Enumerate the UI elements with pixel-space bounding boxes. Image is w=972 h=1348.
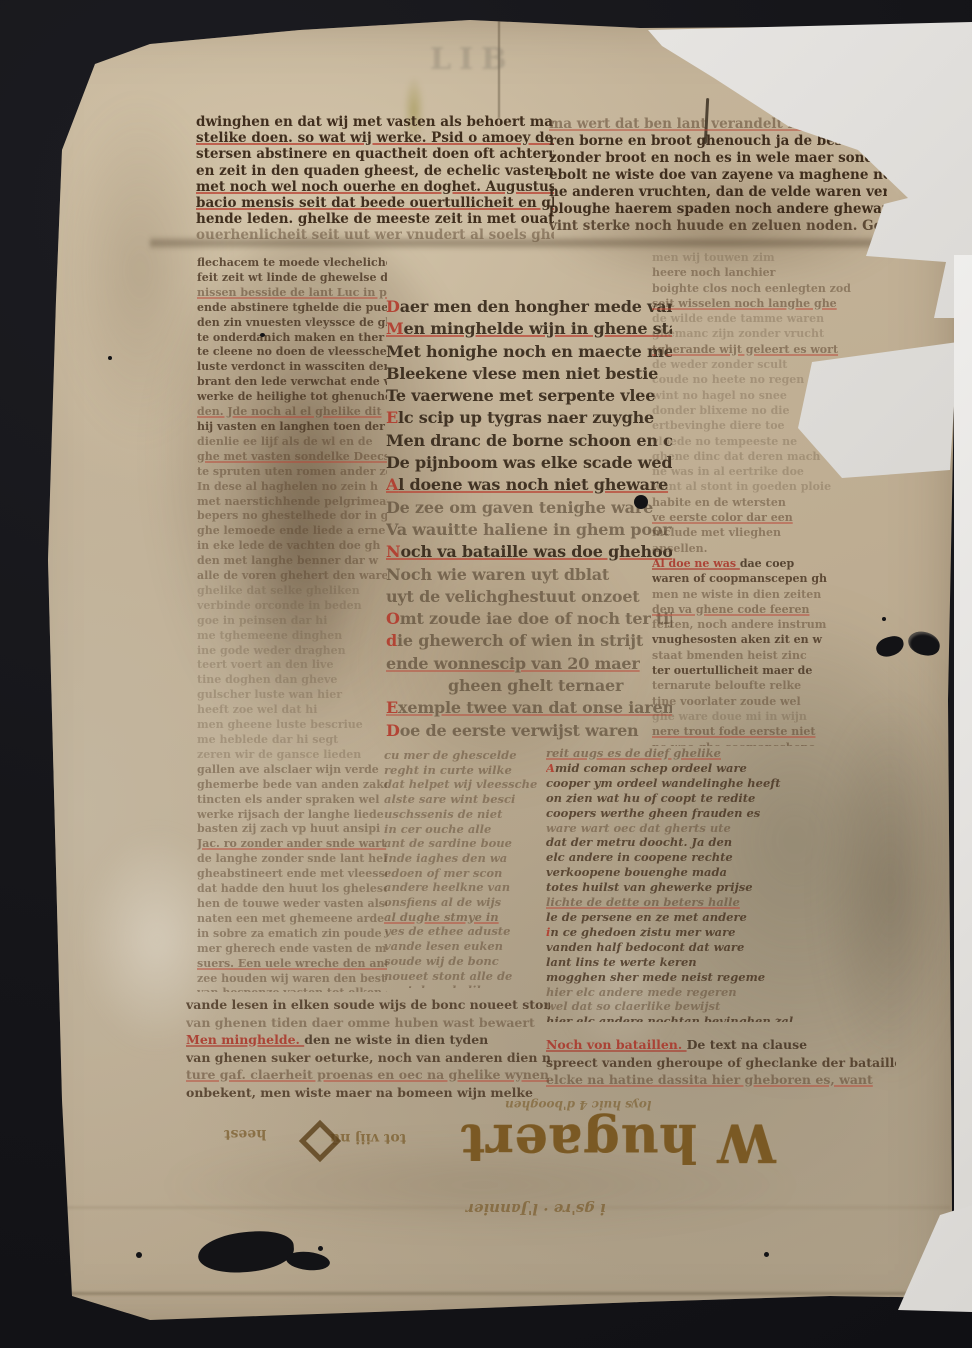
manuscript-line: ne was in al eertrike doe (652, 464, 890, 479)
manuscript-line: werke de heilighe tot ghenuche (197, 390, 387, 405)
text-column-right-lower: reit augs es de dief ghelikeAmid coman s… (546, 746, 892, 1022)
manuscript-line: vande lesen euken (384, 939, 552, 954)
manuscript-line: in sobre za ematich zin poude vant (197, 927, 387, 942)
manuscript-line: feit zeit wt linde de ghewelse die ni (197, 271, 387, 286)
manuscript-line: bacio mensis seit dat beede ouertulliche… (196, 195, 554, 211)
manuscript-line: alste sare wint besci (384, 792, 552, 807)
manuscript-line: van hespenze vasten tot elken daghe (197, 986, 387, 992)
manuscript-line: wel dat so claerlike bewijst (546, 999, 892, 1014)
manuscript-line: ne wae ghe coomanschepe (652, 740, 890, 747)
crease-horizontal (150, 236, 890, 250)
manuscript-line: te cleene no doen de vleesschelike (197, 345, 387, 360)
manuscript-line: mclude met vlieghen (652, 525, 890, 540)
manuscript-line: ansellen. (652, 541, 890, 556)
manuscript-line: ebolt ne wiste doe van zayene va maghene… (549, 167, 887, 184)
manuscript-line: Men minghelde wijn in ghene stat (386, 318, 672, 340)
text-column-center-verse: Daer men den hongher mede vantMen minghe… (386, 296, 672, 746)
manuscript-line: vanden half bedocont dat ware (546, 940, 892, 955)
manuscript-line: gheen ghelt ternaer (386, 675, 672, 697)
manuscript-line: reght in curte wilke (384, 763, 552, 778)
stain (560, 900, 680, 1060)
parchment-sheet: LIB dwinghen en dat wij met vasten als b… (0, 0, 972, 1348)
manuscript-line: spreect vanden gheroupe of gheclanke der… (546, 1054, 896, 1072)
stain (170, 1140, 790, 1230)
stain (360, 520, 640, 800)
manuscript-line: lant lins te werte keren (546, 955, 892, 970)
manuscript-line: ma wert dat ben lant verandelt in den ee… (549, 116, 887, 133)
manuscript-line: flechacem te moede vlecheliche p (197, 256, 387, 271)
manuscript-line: met naerstichhende pelgrimear (197, 495, 387, 510)
manuscript-line: Men dranc de borne schoon en claer (386, 430, 672, 452)
manuscript-line: Met honighe noch en maecte men (386, 341, 672, 363)
manuscript-line: dat hadde den huut los gheleset (197, 882, 387, 897)
manuscript-line: den zin vnuesten vleyssce de ghees (197, 316, 387, 331)
manuscript-line: mer gherech ende vasten de meer (197, 942, 387, 957)
stain (82, 830, 232, 1050)
manuscript-line: tine voorlater zoude wel (652, 694, 890, 709)
manuscript-line: me tghemeene dinghen (197, 629, 387, 644)
manuscript-line: Bleekene vlese men niet bestie (386, 363, 672, 385)
stain (820, 700, 960, 1080)
manuscript-line: hier elc andere mede regeren (546, 985, 892, 1000)
manuscript-line: Men minghelde. den ne wiste in dien tyde… (186, 1031, 550, 1049)
manuscript-line: Daer men den hongher mede vant (386, 296, 672, 318)
manuscript-line: zee houden wij waren den besten (197, 972, 387, 987)
manuscript-line: de langhe zonder snde lant helpet (197, 852, 387, 867)
pen-trial-stroke (704, 98, 709, 144)
manuscript-line: hier elc andere nochtan bevinghen zal. (546, 1014, 892, 1022)
manuscript-line: le de persene en ze met andere (546, 910, 892, 925)
manuscript-line: onbekent, men wiste maer na bomeen wijn … (186, 1084, 550, 1102)
manuscript-line: men ne wiste in dien zeiten (652, 587, 890, 602)
text-column-center-small: cu mer de ghesceldereght in curte wilked… (384, 748, 552, 988)
manuscript-line: verbinde orconde in beden (197, 599, 387, 614)
manuscript-line: cu mer de ghescelde (384, 748, 552, 763)
manuscript-line: tine doghen dan gheve (197, 673, 387, 688)
text-column-top-right: ma wert dat ben lant verandelt in den ee… (549, 116, 887, 244)
fold-line (70, 1292, 950, 1295)
manuscript-line: tincten els ander spraken wel (197, 793, 387, 808)
manuscript-line: cooper ym ordeel wandelinghe heeft (546, 776, 892, 791)
manuscript-line: ghelike dat selke gheliken (197, 584, 387, 599)
manuscript-line: inde iaghes den wa (384, 851, 552, 866)
manuscript-line: den va ghene code feeren (652, 602, 890, 617)
manuscript-line: De pijnboom was elke scade wedaer (386, 452, 672, 474)
manuscript-line: gallen ave alsclaer wijn verde (197, 763, 387, 778)
manuscript-line: me heblede dar hi segt (197, 733, 387, 748)
manuscript-line: goe in peinsen dar hi (197, 614, 387, 629)
manuscript-line: nere trout fode eerste niet (652, 724, 890, 739)
manuscript-line: on zien wat hu of coopt te redite (546, 791, 892, 806)
manuscript-line: hende leden. ghelke de meeste zeit in me… (196, 211, 554, 227)
manuscript-line: soude wij de bonc (384, 954, 552, 969)
fold-line (60, 1206, 950, 1209)
stain (404, 78, 424, 142)
diamond-mark (299, 1120, 341, 1162)
manuscript-line: stelike doen. so wat wij werke. Psid o a… (196, 130, 554, 146)
manuscript-line: onsfiens al de wijs (384, 895, 552, 910)
manuscript-line: elc andere in coopene rechte (546, 850, 892, 865)
manuscript-line: al dughe stmye in (384, 910, 552, 925)
manuscript-line: habite en de wtersten (652, 495, 890, 510)
manuscript-line: ve eerste color dar een (652, 510, 890, 525)
manuscript-line: ploughe haerem spaden noch andere ghewan… (549, 201, 887, 218)
manuscript-line: seit wisselen noch langhe ghe (652, 296, 890, 311)
stain (610, 600, 972, 1080)
manuscript-line: brant den lede verwchat ende ver (197, 375, 387, 390)
manuscript-line: ine gode weder draghen (197, 644, 387, 659)
manuscript-line: lichte de dette on beters halle (546, 895, 892, 910)
manuscript-photo: LIB dwinghen en dat wij met vasten als b… (0, 0, 972, 1348)
manuscript-line: Al doe ne was dae coep (652, 556, 890, 571)
manuscript-line: donder blixeme no die (652, 403, 890, 418)
manuscript-line: ghe ware doue mi in wijn (652, 709, 890, 724)
manuscript-line: elcke na hatine dassita hier gheboren es… (546, 1071, 896, 1089)
stain (150, 230, 480, 770)
manuscript-line: wint no hagel no snee (652, 388, 890, 403)
manuscript-line: met noch wel noch ouerhe en doghet. Augu… (196, 179, 554, 195)
manuscript-line: teert voert an den live (197, 658, 387, 673)
manuscript-line: Noch wie waren uyt dblat (386, 564, 672, 586)
manuscript-line: Omt zoude iae doe of noch ter tijt (386, 608, 672, 630)
inscription-note: tot viij nū (330, 1130, 406, 1146)
manuscript-line: nissen besside de lant Luc in p de (197, 286, 387, 301)
manuscript-line: reit augs es de dief ghelike (546, 746, 892, 761)
manuscript-line: ternarute beloufte relke (652, 678, 890, 693)
inscription-note: loys huic 4 d'booghen (505, 1098, 651, 1112)
manuscript-line: ghe met vasten sondelke Deecs (197, 450, 387, 465)
manuscript-line: Va wauitte haliene in ghem poort (386, 519, 672, 541)
manuscript-line: die ghewerch of wien in strijt (386, 630, 672, 652)
manuscript-line: te onderdanich maken en ther (197, 331, 387, 346)
manuscript-line: wart doe gheliken (384, 983, 552, 988)
manuscript-line: vloede no tempeeste ne (652, 434, 890, 449)
manuscript-line: Noch va bataille was doe ghehoort (386, 541, 672, 563)
stain (235, 370, 365, 720)
manuscript-line: dienlie ee lijf als de wl en de (197, 435, 387, 450)
manuscript-line: edoen of mer scon (384, 866, 552, 881)
manuscript-line: bepers no ghestelhede dor in ghe (197, 509, 387, 524)
manuscript-line: men gheene luste bescriue (197, 718, 387, 733)
manuscript-line-continuation: De text na clause (687, 1036, 808, 1054)
text-column-left: flechacem te moede vlecheliche pfeit zei… (197, 256, 387, 992)
manuscript-line: zeren wir de gansce lieden (197, 748, 387, 763)
manuscript-line: verkoopene bouenghe mada (546, 865, 892, 880)
manuscript-line-continuation: den ne wiste in dien tyden (304, 1031, 488, 1049)
manuscript-line: ren borne en broot ghenouch ja de beste … (549, 133, 887, 150)
manuscript-line: gheabstineert ende met vleessche (197, 867, 387, 882)
manuscript-line: Noch von bataillen. De text na clause (546, 1036, 896, 1054)
manuscript-line: Jac. ro zonder ander snde wart (197, 837, 387, 852)
manuscript-line: totes huilst van ghewerke prijse (546, 880, 892, 895)
manuscript-line: zonder broot en noch es in wele maer son… (549, 150, 887, 167)
manuscript-line: naten een met ghemeene arde dar (197, 912, 387, 927)
paragraph-bottom-right: Noch von bataillen. De text na clausespr… (546, 1036, 896, 1094)
manuscript-line: gulscher luste wan hier (197, 688, 387, 703)
manuscript-line: want al stont in goeden ploie (652, 479, 890, 494)
manuscript-line: ghe lemoede ende liede a erne (197, 524, 387, 539)
backing-paper-edge-strip (954, 255, 972, 1255)
manuscript-line: ferten, noch andere instrum (652, 617, 890, 632)
manuscript-line: van ghenen tiden daer omme huben wast be… (186, 1014, 550, 1032)
manuscript-line: en zeit in den quaden gheest, de echelic… (196, 163, 554, 179)
stain (540, 160, 900, 290)
manuscript-line: ouerhenlicheit seit uut wer vnudert al s… (196, 227, 554, 243)
inscription-note: heest (224, 1126, 266, 1142)
manuscript-line: coude no heete no regen (652, 372, 890, 387)
manuscript-line: In dese al haghelen no zein h (197, 480, 387, 495)
manuscript-line: boighte clos noch eenlegten zod (652, 281, 890, 296)
manuscript-line: yes de ethee aduste (384, 924, 552, 939)
manuscript-line: heere noch lanchier (652, 265, 890, 280)
manuscript-line: ter ouertullicheit maer de (652, 663, 890, 678)
manuscript-line: in eke lede de vachten doe gh (197, 539, 387, 554)
manuscript-line: staat bmenden heist zinc (652, 648, 890, 663)
manuscript-line: ende wonnescip van 20 maer (386, 653, 672, 675)
manuscript-line: van ghenen suker oeturke, noch van ander… (186, 1049, 550, 1067)
manuscript-line: in ce ghedoen zistu mer ware (546, 925, 892, 940)
manuscript-line: vande lesen in elken soude wijs de bonc … (186, 996, 550, 1014)
manuscript-line: luste verdonct in wassciten den (197, 360, 387, 375)
manuscript-line: Amid coman schep ordeel ware (546, 761, 892, 776)
manuscript-line: uschssenis de niet (384, 807, 552, 822)
manuscript-line: dwinghen en dat wij met vasten als behoe… (196, 114, 554, 130)
manuscript-line: hen de touwe weder vasten alsomen (197, 897, 387, 912)
manuscript-line: dat helpet wij vleessche (384, 777, 552, 792)
text-column-top-left: dwinghen en dat wij met vasten als behoe… (196, 114, 554, 246)
manuscript-line: Te vaerwene met serpente vlee (386, 385, 672, 407)
manuscript-line: in cer ouche alle (384, 822, 552, 837)
ghost-stamp: LIB (430, 42, 514, 77)
manuscript-line: alle de voren ghehert den ware (197, 569, 387, 584)
manuscript-line: suers. Een uele wreche den andere (197, 957, 387, 972)
manuscript-line: de weder zonder scult (652, 357, 890, 372)
manuscript-line: Al doene was noch niet gheware (386, 474, 672, 496)
manuscript-line: ende abstinere tghelde die pueren (197, 301, 387, 316)
manuscript-line: andere heelkne van (384, 880, 552, 895)
manuscript-line: vint sterke noch huude en zeluen noden. … (549, 218, 887, 235)
manuscript-line: hij vasten en langhen toen der (197, 420, 387, 435)
manuscript-line: ghemanc zijn zonder vrucht (652, 326, 890, 341)
paragraph-bottom-left: vande lesen in elken soude wijs de bonc … (186, 996, 550, 1104)
manuscript-line: de wilde ende tamme waren (652, 311, 890, 326)
manuscript-line: ne anderen vruchten, dan de velde waren … (549, 184, 887, 201)
stain (60, 100, 220, 440)
manuscript-line: vnughesosten aken zit en w (652, 632, 890, 647)
manuscript-line: den met langhe benner dar w (197, 554, 387, 569)
text-column-right: men wij touwen zimheere noch lanchierboi… (652, 250, 890, 746)
manuscript-line: ant de sardine boue (384, 836, 552, 851)
manuscript-line: basten zij zach vp huut ansipi (197, 822, 387, 837)
manuscript-line: Doe de eerste verwijst waren (386, 720, 672, 742)
manuscript-line: den. Jde noch al el ghelike dit (197, 405, 387, 420)
owner-inscription: W hugaert (420, 1112, 776, 1173)
inscription-note: i gs're · l'Jannier (466, 1200, 606, 1218)
wormhole (64, 1272, 69, 1277)
manuscript-line-continuation: dae coep (740, 556, 794, 571)
manuscript-line: te spruten uten romen ander zeet (197, 465, 387, 480)
manuscript-line: ware wart oec dat gherts ute (546, 821, 892, 836)
manuscript-line: heeft zoe wel dat hi (197, 703, 387, 718)
manuscript-line: dat der metru doocht. Ja den (546, 835, 892, 850)
manuscript-line: mogghen sher mede neist regeme (546, 970, 892, 985)
manuscript-line: men wij touwen zim (652, 250, 890, 265)
manuscript-line: Elc scip up tygras naer zuyghe (386, 407, 672, 429)
manuscript-line: ertbevinghe diere toe (652, 418, 890, 433)
manuscript-line: waren of coopmanscepen gh (652, 571, 890, 586)
manuscript-line: uyt de velichghestuut onzoet (386, 586, 672, 608)
manuscript-line: coopers werthe gheen frauden es (546, 806, 892, 821)
manuscript-line: ture gaf. claerheit proenas en oec na gh… (186, 1066, 550, 1084)
manuscript-line: Exemple twee van dat onse iaren (386, 697, 672, 719)
manuscript-line: ghene dinc dat deren mach (652, 449, 890, 464)
manuscript-line: tgherande wijt geleert es wort (652, 342, 890, 357)
crease-vertical (498, 16, 500, 118)
manuscript-line: werke rijsach der langhe liede (197, 808, 387, 823)
manuscript-line: De zee om gaven tenighe ware (386, 497, 672, 519)
manuscript-line: noueet stont alle de (384, 969, 552, 984)
manuscript-line: ghemerbe bede van anden zaken (197, 778, 387, 793)
manuscript-line: ter zeluer tijt, haer na wijn de wyne vo… (186, 1101, 550, 1104)
manuscript-line: stersen abstinere en quactheit doen oft … (196, 146, 554, 162)
